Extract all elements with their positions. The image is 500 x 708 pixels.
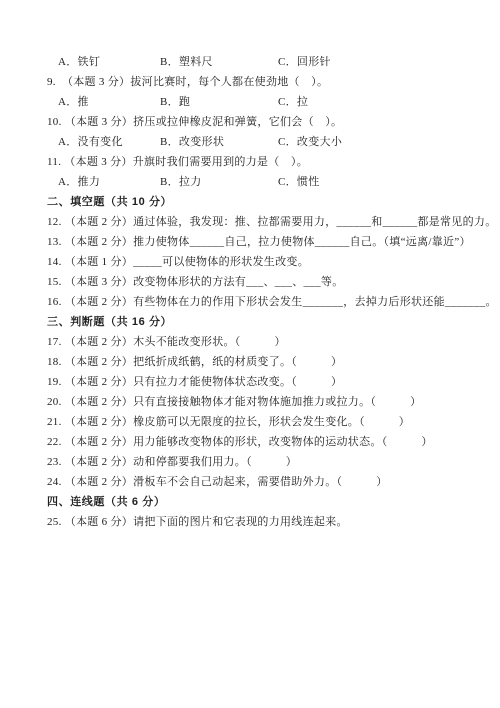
question-10-option-c: C．改变大小 — [278, 132, 342, 152]
question-10-text: 10. （本题 3 分）挤压或拉伸橡皮泥和弹簧，它们会（ ）。 — [47, 112, 492, 132]
question-24-text: 24. （本题 2 分）滑板车不会自己动起来，需要借助外力。（ ） — [47, 472, 492, 492]
question-8-option-row: A．铁钉 B．塑料尺 C．回形针 — [47, 52, 492, 72]
question-25-text: 25. （本题 6 分）请把下面的图片和它表现的力用线连起来。 — [47, 512, 492, 532]
question-17-text: 17. （本题 2 分）木头不能改变形状。（ ） — [47, 332, 492, 352]
question-8-option-b: B．塑料尺 — [160, 52, 213, 72]
question-23-text: 23. （本题 2 分）动和停都要我们用力。（ ） — [47, 452, 492, 472]
question-11-option-c: C．惯性 — [278, 172, 320, 192]
page-content: A．铁钉 B．塑料尺 C．回形针 9. （本题 3 分）拔河比赛时，每个人都在使… — [47, 52, 492, 532]
question-19-text: 19. （本题 2 分）只有拉力才能使物体状态改变。（ ） — [47, 372, 492, 392]
section-heading-judgment: 三、判断题（共 16 分） — [47, 312, 492, 332]
exam-paper-page: A．铁钉 B．塑料尺 C．回形针 9. （本题 3 分）拔河比赛时，每个人都在使… — [0, 0, 500, 708]
question-10-option-row: A．没有变化 B．改变形状 C．改变大小 — [47, 132, 492, 152]
question-11-option-a: A．推力 — [58, 172, 100, 192]
question-9-option-row: A．推 B．跑 C．拉 — [47, 92, 492, 112]
section-heading-matching: 四、连线题（共 6 分） — [47, 492, 492, 512]
question-9-text: 9. （本题 3 分）拔河比赛时，每个人都在使劲地（ ）。 — [47, 72, 492, 92]
question-11-text: 11. （本题 3 分）升旗时我们需要用到的力是（ ）。 — [47, 152, 492, 172]
question-14-text: 14. （本题 1 分）_____可以使物体的形状发生改变。 — [47, 252, 492, 272]
question-8-option-a: A．铁钉 — [58, 52, 100, 72]
question-21-text: 21. （本题 2 分）橡皮筋可以无限度的拉长，形状会发生变化。（ ） — [47, 412, 492, 432]
question-16-text: 16. （本题 2 分）有些物体在力的作用下形状会发生_______，去掉力后形… — [47, 292, 492, 312]
question-20-text: 20. （本题 2 分）只有直接接触物体才能对物体施加推力或拉力。（ ） — [47, 392, 492, 412]
question-12-text: 12. （本题 2 分）通过体验，我发现：推、拉都需要用力，______和___… — [47, 212, 492, 232]
question-18-text: 18. （本题 2 分）把纸折成纸鹤，纸的材质变了。（ ） — [47, 352, 492, 372]
question-15-text: 15. （本题 3 分）改变物体形状的方法有___、___、___等。 — [47, 272, 492, 292]
question-11-option-b: B．拉力 — [160, 172, 202, 192]
question-10-option-b: B．改变形状 — [160, 132, 224, 152]
question-9-option-c: C．拉 — [278, 92, 308, 112]
question-9-option-a: A．推 — [58, 92, 89, 112]
question-10-option-a: A．没有变化 — [58, 132, 123, 152]
question-8-option-c: C．回形针 — [278, 52, 331, 72]
question-11-option-row: A．推力 B．拉力 C．惯性 — [47, 172, 492, 192]
section-heading-fill-in: 二、填空题（共 10 分） — [47, 192, 492, 212]
question-13-text: 13. （本题 2 分）推力使物体______自己，拉力使物体______自己。… — [47, 232, 492, 252]
question-9-option-b: B．跑 — [160, 92, 190, 112]
question-22-text: 22. （本题 2 分）用力能够改变物体的形状，改变物体的运动状态。（ ） — [47, 432, 492, 452]
